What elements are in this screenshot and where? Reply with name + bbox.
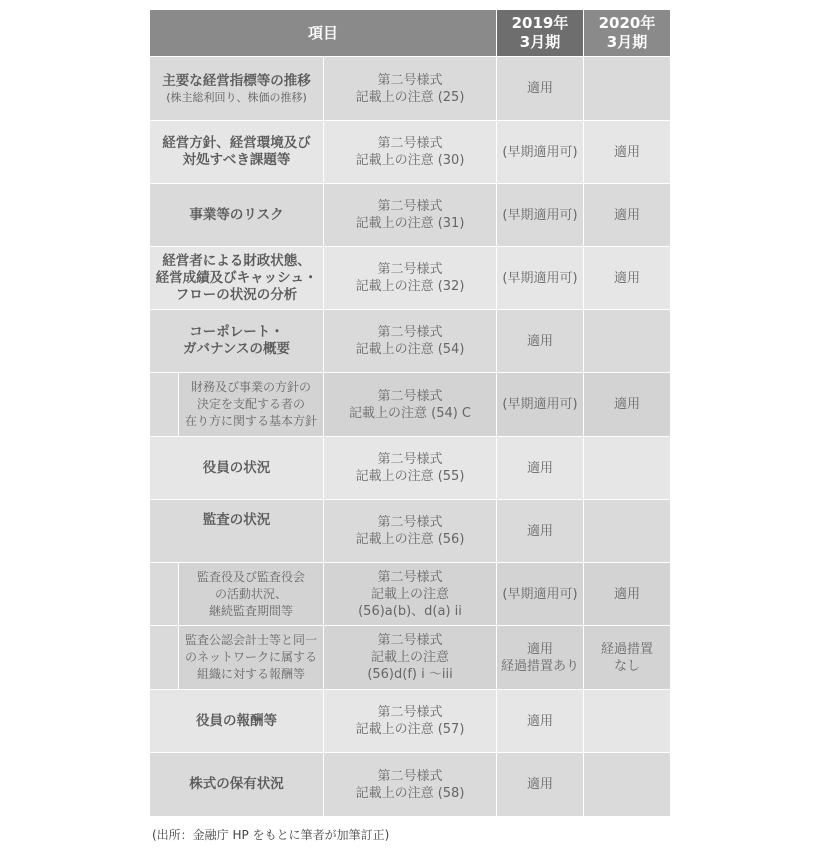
header-item: 項目 xyxy=(150,10,496,56)
item-cell: 役員の状況 xyxy=(150,437,323,499)
item-line: 監査の状況 xyxy=(203,512,271,529)
item-cell: 監査の状況 xyxy=(150,500,323,562)
status-2019-cell: 適用 xyxy=(497,753,583,816)
item-line: 経営者による財政状態、 xyxy=(162,253,311,270)
header-2020: 2020年 3月期 xyxy=(584,10,670,56)
item-line: 経営成績及びキャッシュ・ xyxy=(156,270,318,287)
status-text: (早期適用可) xyxy=(502,270,577,287)
status-2020-cell xyxy=(584,437,670,499)
status-text: (早期適用可) xyxy=(502,207,577,224)
status-text: (早期適用可) xyxy=(502,586,577,603)
item-cell: 財務及び事業の方針の決定を支配する者の在り方に関する基本方針 xyxy=(179,373,323,436)
status-line: 経過措置あり xyxy=(501,658,579,675)
header-2019-year: 2019年 xyxy=(512,14,569,33)
reference-cell: 第二号様式記載上の注意 (32) xyxy=(324,247,496,309)
reference-line: 記載上の注意 (56) xyxy=(356,531,465,548)
item-cell: 監査公認会計士等と同一のネットワークに属する組織に対する報酬等 xyxy=(179,626,323,689)
group-indent xyxy=(150,626,178,689)
reference-cell: 第二号様式記載上の注意 (55) xyxy=(324,437,496,499)
table-row: 事業等のリスク第二号様式記載上の注意 (31)(早期適用可)適用 xyxy=(150,184,670,246)
reference-cell: 第二号様式記載上の注意 (58) xyxy=(324,753,496,816)
status-2019-cell: (早期適用可) xyxy=(497,563,583,625)
item-line: 監査役及び監査役会 xyxy=(197,569,305,586)
status-2019-cell: (早期適用可) xyxy=(497,184,583,246)
status-text: (早期適用可) xyxy=(502,396,577,413)
item-cell: 監査役及び監査役会の活動状況、継続監査期間等 xyxy=(179,563,323,625)
reference-cell: 第二号様式記載上の注意 (25) xyxy=(324,57,496,120)
table-header: 項目 2019年 3月期 2020年 3月期 xyxy=(150,10,670,56)
status-line: 適用 xyxy=(527,641,553,658)
status-text: 適用 xyxy=(527,523,553,540)
item-line: 継続監査期間等 xyxy=(209,603,293,620)
reference-line: 記載上の注意 (25) xyxy=(356,89,465,106)
status-text: 適用 xyxy=(614,270,640,287)
item-line: 株式の保有状況 xyxy=(189,776,284,793)
item-line: 在り方に関する基本方針 xyxy=(185,413,317,430)
group-indent xyxy=(150,373,178,436)
table-row: 役員の状況第二号様式記載上の注意 (55)適用 xyxy=(150,437,670,499)
reference-cell: 第二号様式記載上の注意 (54) xyxy=(324,310,496,372)
item-line: 役員の状況 xyxy=(203,460,271,477)
status-2020-cell xyxy=(584,57,670,120)
item-line: 組織に対する報酬等 xyxy=(197,666,305,683)
reference-cell: 第二号様式記載上の注意 (31) xyxy=(324,184,496,246)
table-row: 監査公認会計士等と同一のネットワークに属する組織に対する報酬等第二号様式記載上の… xyxy=(150,626,670,689)
reference-line: 第二号様式 xyxy=(377,388,442,405)
item-line: のネットワークに属する xyxy=(185,649,317,666)
status-2020-cell: 適用 xyxy=(584,121,670,183)
item-line: 財務及び事業の方針の xyxy=(191,379,311,396)
reference-line: 第二号様式 xyxy=(377,569,442,586)
reference-line: (56)a(b)、d(a) ii xyxy=(358,603,462,620)
item-cell: 株式の保有状況 xyxy=(150,753,323,816)
table-row: 主要な経営指標等の推移(株主総利回り、株価の推移)第二号様式記載上の注意 (25… xyxy=(150,57,670,120)
status-2020-cell: 適用 xyxy=(584,373,670,436)
status-2019-cell: (早期適用可) xyxy=(497,121,583,183)
status-text: 適用 xyxy=(614,144,640,161)
status-2019-cell: (早期適用可) xyxy=(497,373,583,436)
status-2020-cell: 適用 xyxy=(584,247,670,309)
status-2020-cell xyxy=(584,500,670,562)
reference-line: 記載上の注意 (55) xyxy=(356,468,465,485)
header-2020-year: 2020年 xyxy=(599,14,656,33)
status-2020-cell xyxy=(584,690,670,752)
status-text: 適用 xyxy=(614,586,640,603)
reference-cell: 第二号様式記載上の注意 (56) xyxy=(324,500,496,562)
status-text: (早期適用可) xyxy=(502,144,577,161)
reference-line: 記載上の注意 (54) C xyxy=(349,405,471,422)
status-line: 経過措置 xyxy=(601,641,653,658)
reference-line: 第二号様式 xyxy=(377,632,442,649)
item-line: 主要な経営指標等の推移 xyxy=(162,73,311,90)
reference-line: 記載上の注意 (54) xyxy=(356,341,465,358)
status-2020-cell xyxy=(584,753,670,816)
item-line: 監査公認会計士等と同一 xyxy=(185,632,317,649)
header-2020-period: 3月期 xyxy=(607,33,647,52)
reference-line: 第二号様式 xyxy=(377,261,442,278)
source-note: (出所：金融庁 HP をもとに筆者が加筆訂正) xyxy=(152,826,389,843)
item-cell: 経営者による財政状態、経営成績及びキャッシュ・フローの状況の分析 xyxy=(150,247,323,309)
status-2020-cell: 適用 xyxy=(584,563,670,625)
reference-cell: 第二号様式記載上の注意 (57) xyxy=(324,690,496,752)
status-text: 適用 xyxy=(614,396,640,413)
item-line: の活動状況、 xyxy=(215,586,287,603)
reference-line: 第二号様式 xyxy=(377,768,442,785)
item-cell: コーポレート・ガバナンスの概要 xyxy=(150,310,323,372)
status-2020-cell: 経過措置なし xyxy=(584,626,670,689)
item-note: (株主総利回り、株価の推移) xyxy=(166,90,307,105)
reference-line: 第二号様式 xyxy=(377,451,442,468)
status-2019-cell: 適用 xyxy=(497,310,583,372)
reference-cell: 第二号様式記載上の注意 (30) xyxy=(324,121,496,183)
item-line: 事業等のリスク xyxy=(189,207,283,224)
table-row: コーポレート・ガバナンスの概要第二号様式記載上の注意 (54)適用 xyxy=(150,310,670,372)
table-row: 経営方針、経営環境及び対処すべき課題等第二号様式記載上の注意 (30)(早期適用… xyxy=(150,121,670,183)
item-cell: 役員の報酬等 xyxy=(150,690,323,752)
status-text: 適用 xyxy=(527,713,553,730)
status-line: なし xyxy=(614,658,640,675)
group-indent xyxy=(150,563,178,625)
reference-line: 第二号様式 xyxy=(377,135,442,152)
reference-line: (56)d(f) i 〜iii xyxy=(367,666,452,683)
reference-line: 記載上の注意 xyxy=(371,586,449,603)
status-2019-cell: 適用 xyxy=(497,57,583,120)
status-2019-cell: 適用 xyxy=(497,437,583,499)
reference-cell: 第二号様式記載上の注意(56)d(f) i 〜iii xyxy=(324,626,496,689)
item-line: 経営方針、経営環境及び xyxy=(162,135,311,152)
item-line: 決定を支配する者の xyxy=(197,396,305,413)
status-2019-cell: 適用 xyxy=(497,690,583,752)
reference-line: 記載上の注意 xyxy=(371,649,449,666)
header-2019-period: 3月期 xyxy=(520,33,560,52)
status-2019-cell: 適用経過措置あり xyxy=(497,626,583,689)
status-text: 適用 xyxy=(527,80,553,97)
item-line: 対処すべき課題等 xyxy=(183,152,291,169)
status-2020-cell: 適用 xyxy=(584,184,670,246)
table-row: 役員の報酬等第二号様式記載上の注意 (57)適用 xyxy=(150,690,670,752)
status-text: 適用 xyxy=(527,460,553,477)
item-line: コーポレート・ xyxy=(189,324,284,341)
item-cell: 事業等のリスク xyxy=(150,184,323,246)
status-text: 適用 xyxy=(527,776,553,793)
reference-line: 第二号様式 xyxy=(377,72,442,89)
table-row: 経営者による財政状態、経営成績及びキャッシュ・フローの状況の分析第二号様式記載上… xyxy=(150,247,670,309)
table-row: 株式の保有状況第二号様式記載上の注意 (58)適用 xyxy=(150,753,670,816)
reference-line: 記載上の注意 (32) xyxy=(356,278,465,295)
reference-line: 第二号様式 xyxy=(377,198,442,215)
table-row: 監査役及び監査役会の活動状況、継続監査期間等第二号様式記載上の注意(56)a(b… xyxy=(150,563,670,625)
table-row: 監査の状況第二号様式記載上の注意 (56)適用 xyxy=(150,500,670,562)
status-2019-cell: (早期適用可) xyxy=(497,247,583,309)
item-cell: 経営方針、経営環境及び対処すべき課題等 xyxy=(150,121,323,183)
status-text: 適用 xyxy=(614,207,640,224)
reference-line: 第二号様式 xyxy=(377,514,442,531)
header-2019: 2019年 3月期 xyxy=(497,10,583,56)
reference-cell: 第二号様式記載上の注意 (54) C xyxy=(324,373,496,436)
reference-cell: 第二号様式記載上の注意(56)a(b)、d(a) ii xyxy=(324,563,496,625)
reference-line: 記載上の注意 (58) xyxy=(356,785,465,802)
status-text: 適用 xyxy=(527,333,553,350)
item-line: フローの状況の分析 xyxy=(176,287,298,304)
reference-line: 第二号様式 xyxy=(377,324,442,341)
reference-line: 第二号様式 xyxy=(377,704,442,721)
reference-line: 記載上の注意 (30) xyxy=(356,152,465,169)
reference-line: 記載上の注意 (31) xyxy=(356,215,465,232)
item-cell: 主要な経営指標等の推移(株主総利回り、株価の推移) xyxy=(150,57,323,120)
reference-line: 記載上の注意 (57) xyxy=(356,721,465,738)
status-2020-cell xyxy=(584,310,670,372)
status-2019-cell: 適用 xyxy=(497,500,583,562)
item-line: ガバナンスの概要 xyxy=(183,341,290,358)
table-row: 財務及び事業の方針の決定を支配する者の在り方に関する基本方針第二号様式記載上の注… xyxy=(150,373,670,436)
item-line: 役員の報酬等 xyxy=(196,713,277,730)
